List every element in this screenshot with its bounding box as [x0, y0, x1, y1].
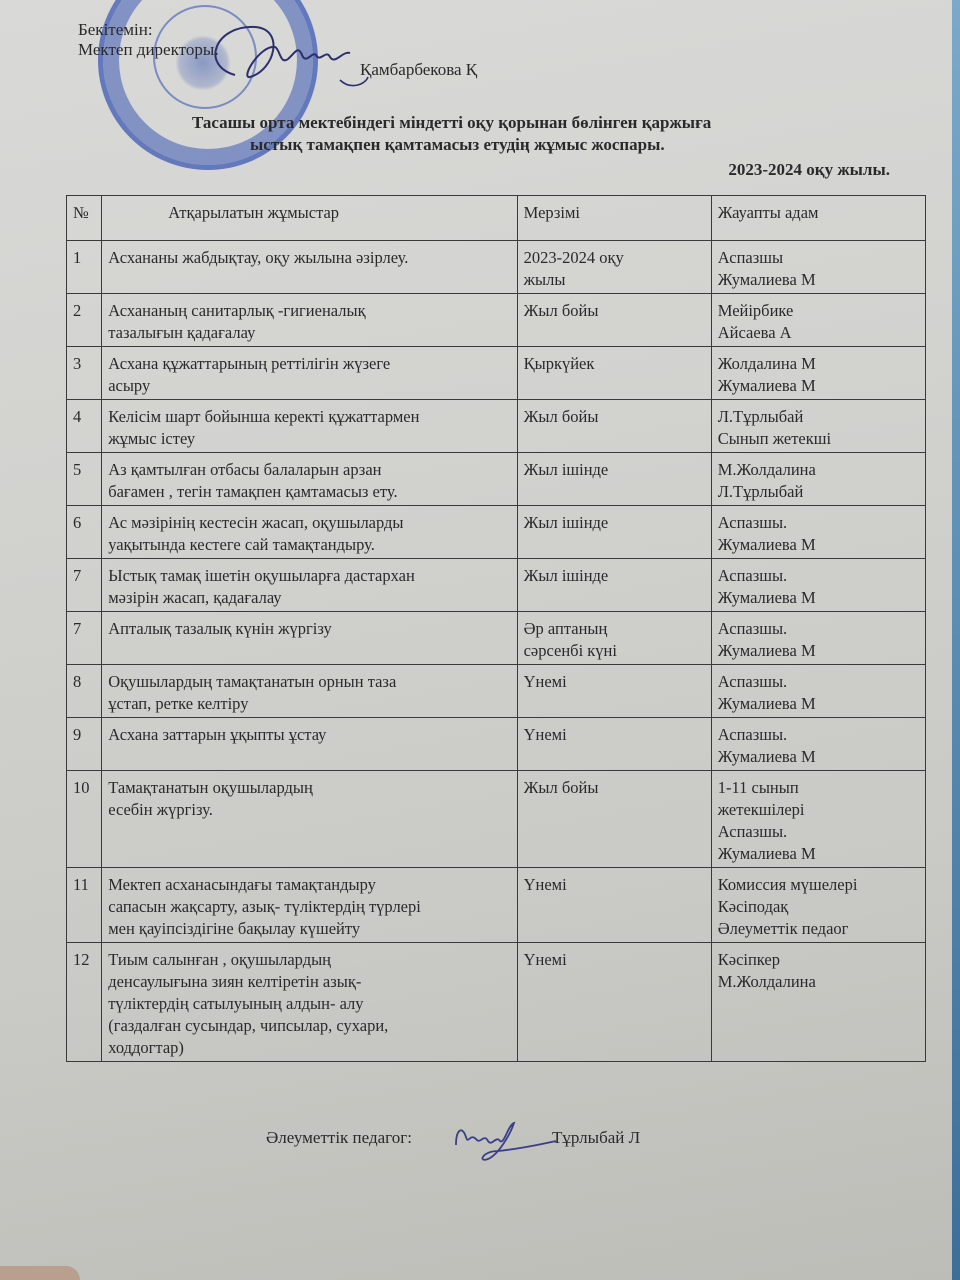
table-row: 8Оқушылардың тамақтанатын орнын таза ұст…: [67, 665, 926, 718]
table-row: 5Аз қамтылған отбасы балаларын арзан бағ…: [67, 453, 926, 506]
row-responsible: 1-11 сынып жетекшілері Аспазшы. Жумалиев…: [711, 771, 925, 868]
footer-signature-block: Әлеуметтік педагог: Тұрлыбай Л: [266, 1128, 412, 1148]
background-edge: [952, 0, 960, 1280]
row-term: Жыл ішінде: [517, 453, 711, 506]
row-task: Тиым салынған , оқушылардың денсаулығына…: [102, 943, 517, 1062]
row-task: Оқушылардың тамақтанатын орнын таза ұста…: [102, 665, 517, 718]
row-responsible: Аспазшы. Жумалиева М: [711, 612, 925, 665]
header-tasks-label: Атқарылатын жұмыстар: [108, 203, 339, 222]
table-row: 7Апталық тазалық күнін жүргізуӘр аптаның…: [67, 612, 926, 665]
table-row: 4Келісім шарт бойынша керекті құжаттарме…: [67, 400, 926, 453]
table-row: 1Асхананы жабдықтау, оқу жылына әзірлеу.…: [67, 241, 926, 294]
row-responsible: Жолдалина М Жумалиева М: [711, 347, 925, 400]
row-responsible: Мейірбике Айсаева А: [711, 294, 925, 347]
row-task: Асхананың санитарлық -гигиеналық тазалығ…: [102, 294, 517, 347]
row-number: 2: [67, 294, 102, 347]
row-term: Жыл ішінде: [517, 506, 711, 559]
row-number: 3: [67, 347, 102, 400]
row-task: Асхана заттарын ұқыпты ұстау: [102, 718, 517, 771]
row-number: 12: [67, 943, 102, 1062]
row-term: Үнемі: [517, 868, 711, 943]
row-task: Апталық тазалық күнін жүргізу: [102, 612, 517, 665]
header-tasks: Атқарылатын жұмыстар: [102, 196, 517, 241]
row-term: Үнемі: [517, 718, 711, 771]
table-row: 12Тиым салынған , оқушылардың денсаулығы…: [67, 943, 926, 1062]
row-task: Тамақтанатын оқушылардың есебін жүргізу.: [102, 771, 517, 868]
director-name: Қамбарбекова Қ: [360, 60, 477, 80]
row-task: Келісім шарт бойынша керекті құжаттармен…: [102, 400, 517, 453]
row-number: 6: [67, 506, 102, 559]
row-number: 7: [67, 612, 102, 665]
row-responsible: Аспазшы. Жумалиева М: [711, 559, 925, 612]
table-row: 2Асхананың санитарлық -гигиеналық тазалы…: [67, 294, 926, 347]
row-task: Асхана құжаттарының реттілігін жүзеге ас…: [102, 347, 517, 400]
row-number: 1: [67, 241, 102, 294]
document-title: Тасашы орта мектебіндегі міндетті оқу қо…: [190, 112, 840, 156]
row-number: 9: [67, 718, 102, 771]
table-row: 6Ас мәзірінің кестесін жасап, оқушыларды…: [67, 506, 926, 559]
row-term: Жыл бойы: [517, 400, 711, 453]
title-line-1: Тасашы орта мектебіндегі міндетті оқу қо…: [190, 112, 840, 134]
table-row: 7 Ыстық тамақ ішетін оқушыларға дастарха…: [67, 559, 926, 612]
row-number: 4: [67, 400, 102, 453]
row-responsible: Л.Тұрлыбай Сынып жетекші: [711, 400, 925, 453]
table-row: 10Тамақтанатын оқушылардың есебін жүргіз…: [67, 771, 926, 868]
row-responsible: Аспазшы. Жумалиева М: [711, 506, 925, 559]
row-number: 7: [67, 559, 102, 612]
row-responsible: Кәсіпкер М.Жолдалина: [711, 943, 925, 1062]
row-term: Үнемі: [517, 943, 711, 1062]
row-term: 2023-2024 оқу жылы: [517, 241, 711, 294]
row-task: Ыстық тамақ ішетін оқушыларға дастархан …: [102, 559, 517, 612]
work-plan-table: № Атқарылатын жұмыстар Мерзімі Жауапты а…: [66, 195, 926, 1062]
header-number: №: [67, 196, 102, 241]
table-header-row: № Атқарылатын жұмыстар Мерзімі Жауапты а…: [67, 196, 926, 241]
row-task: Асхананы жабдықтау, оқу жылына әзірлеу.: [102, 241, 517, 294]
director-signature-icon: [180, 15, 370, 95]
row-responsible: М.Жолдалина Л.Тұрлыбай: [711, 453, 925, 506]
table-row: 3Асхана құжаттарының реттілігін жүзеге а…: [67, 347, 926, 400]
handwritten-signature-icon: [448, 1115, 558, 1165]
row-term: Үнемі: [517, 665, 711, 718]
row-responsible: Аспазшы Жумалиева М: [711, 241, 925, 294]
header-term: Мерзімі: [517, 196, 711, 241]
table-row: 9Асхана заттарын ұқыпты ұстауҮнеміАспазш…: [67, 718, 926, 771]
row-number: 10: [67, 771, 102, 868]
academic-year: 2023-2024 оқу жылы.: [728, 160, 890, 180]
row-term: Жыл бойы: [517, 294, 711, 347]
row-responsible: Комиссия мүшелері Кәсіподақ Әлеуметтік п…: [711, 868, 925, 943]
row-responsible: Аспазшы. Жумалиева М: [711, 718, 925, 771]
table-row: 11Мектеп асханасындағы тамақтандыру сапа…: [67, 868, 926, 943]
row-number: 5: [67, 453, 102, 506]
row-term: Жыл бойы: [517, 771, 711, 868]
row-responsible: Аспазшы. Жумалиева М: [711, 665, 925, 718]
table-body: 1Асхананы жабдықтау, оқу жылына әзірлеу.…: [67, 241, 926, 1062]
title-line-2: ыстық тамақпен қамтамасыз етудің жұмыс ж…: [190, 134, 840, 156]
row-task: Мектеп асханасындағы тамақтандыру сапасы…: [102, 868, 517, 943]
row-number: 8: [67, 665, 102, 718]
row-task: Аз қамтылған отбасы балаларын арзан баға…: [102, 453, 517, 506]
social-pedagogue-label: Әлеуметтік педагог:: [266, 1128, 412, 1147]
header-responsible: Жауапты адам: [711, 196, 925, 241]
social-pedagogue-name: Тұрлыбай Л: [552, 1128, 640, 1148]
finger-corner: [0, 1266, 80, 1280]
row-term: Қыркүйек: [517, 347, 711, 400]
row-task: Ас мәзірінің кестесін жасап, оқушыларды …: [102, 506, 517, 559]
row-number: 11: [67, 868, 102, 943]
row-term: Әр аптаның сәрсенбі күні: [517, 612, 711, 665]
row-term: Жыл ішінде: [517, 559, 711, 612]
